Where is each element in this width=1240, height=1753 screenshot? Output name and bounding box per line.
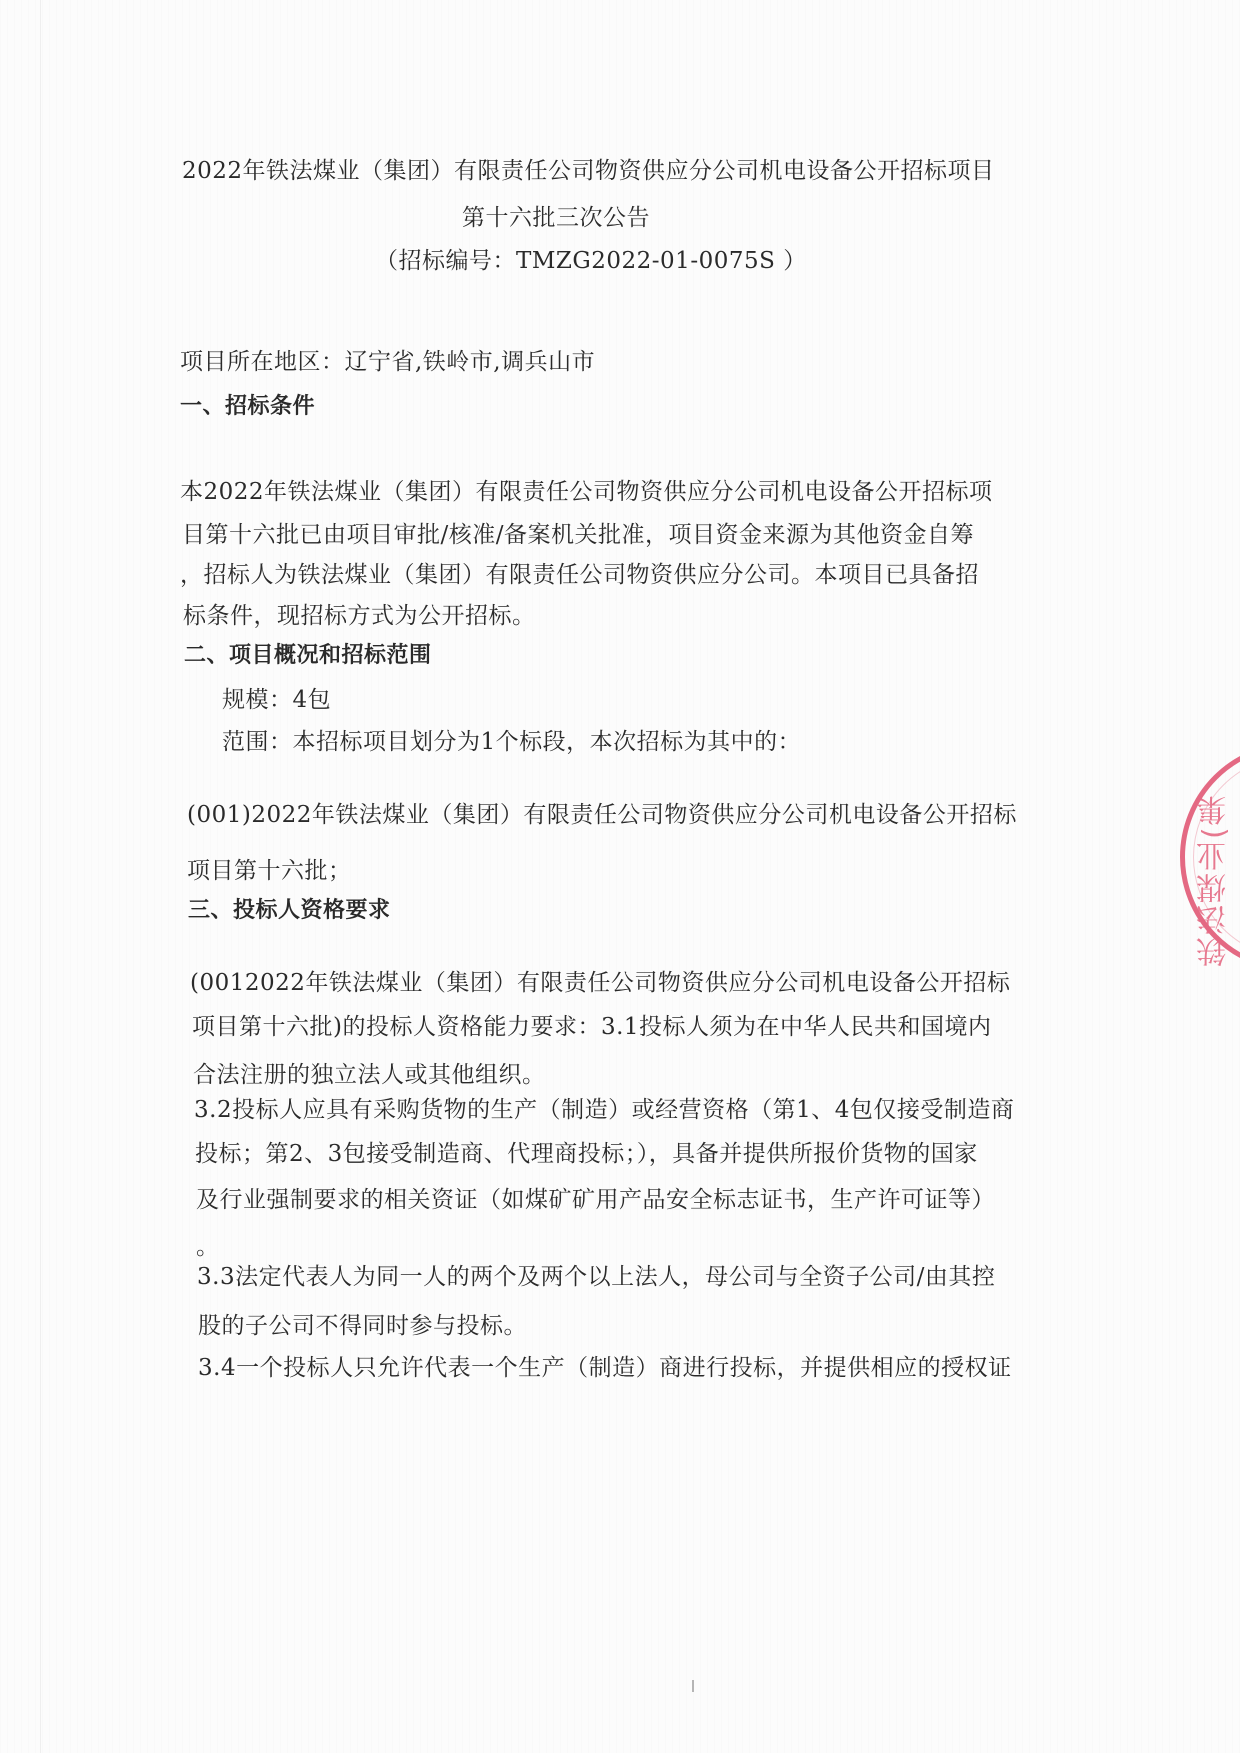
document-title-line2: 第十六批三次公告	[462, 203, 650, 233]
scan-edge-line	[40, 0, 41, 1753]
qualification-line: 3.2投标人应具有采购货物的生产（制造）或经营资格（第1、4包仅接受制造商	[194, 1095, 1014, 1125]
company-seal-stamp: 铁法煤业(集团	[1180, 742, 1240, 972]
tender-number: （招标编号：TMZG2022-01-0075S ）	[375, 246, 807, 276]
qualification-line: (0012022年铁法煤业（集团）有限责任公司物资供应分公司机电设备公开招标	[190, 968, 1010, 998]
project-scale: 规模：4包	[222, 685, 331, 715]
document-page: 2022年铁法煤业（集团）有限责任公司物资供应分公司机电设备公开招标项目 第十六…	[0, 0, 1240, 1753]
section-heading-tender-conditions: 一、招标条件	[180, 392, 315, 422]
qualification-line: 股的子公司不得同时参与投标。	[198, 1311, 527, 1341]
section-heading-bidder-qualifications: 三、投标人资格要求	[188, 896, 391, 926]
qualification-line: 合法注册的独立法人或其他组织。	[193, 1060, 546, 1090]
section1-paragraph-line: ，招标人为铁法煤业（集团）有限责任公司物资供应分公司。本项目已具备招	[180, 560, 979, 590]
lot-description-line: 项目第十六批；	[187, 856, 352, 886]
qualification-line: 3.3法定代表人为同一人的两个及两个以上法人，母公司与全资子公司/由其控	[197, 1262, 995, 1292]
section-heading-project-overview: 二、项目概况和招标范围	[184, 641, 432, 671]
document-title-line1: 2022年铁法煤业（集团）有限责任公司物资供应分公司机电设备公开招标项目	[182, 156, 995, 186]
lot-description-line: (001)2022年铁法煤业（集团）有限责任公司物资供应分公司机电设备公开招标	[187, 800, 1017, 830]
section1-paragraph-line: 目第十六批已由项目审批/核准/备案机关批准，项目资金来源为其他资金自筹	[182, 520, 974, 550]
qualification-line: 及行业强制要求的相关资证（如煤矿矿用产品安全标志证书，生产许可证等）	[196, 1185, 995, 1215]
qualification-line: 项目第十六批)的投标人资格能力要求：3.1投标人须为在中华人民共和国境内	[192, 1012, 992, 1042]
section1-paragraph-line: 标条件，现招标方式为公开招标。	[183, 601, 536, 631]
section1-paragraph-line: 本2022年铁法煤业（集团）有限责任公司物资供应分公司机电设备公开招标项	[180, 477, 993, 507]
seal-text: 铁法煤业(集团	[1193, 787, 1240, 967]
qualification-line: 3.4一个投标人只允许代表一个生产（制造）商进行投标，并提供相应的授权证	[198, 1353, 1012, 1383]
scan-speck	[692, 1680, 694, 1692]
qualification-line: 。	[196, 1232, 220, 1262]
project-scope: 范围：本招标项目划分为1个标段，本次招标为其中的：	[222, 727, 801, 757]
project-location: 项目所在地区：辽宁省,铁岭市,调兵山市	[180, 347, 595, 377]
qualification-line: 投标；第2、3包接受制造商、代理商投标；），具备并提供所报价货物的国家	[195, 1139, 978, 1169]
